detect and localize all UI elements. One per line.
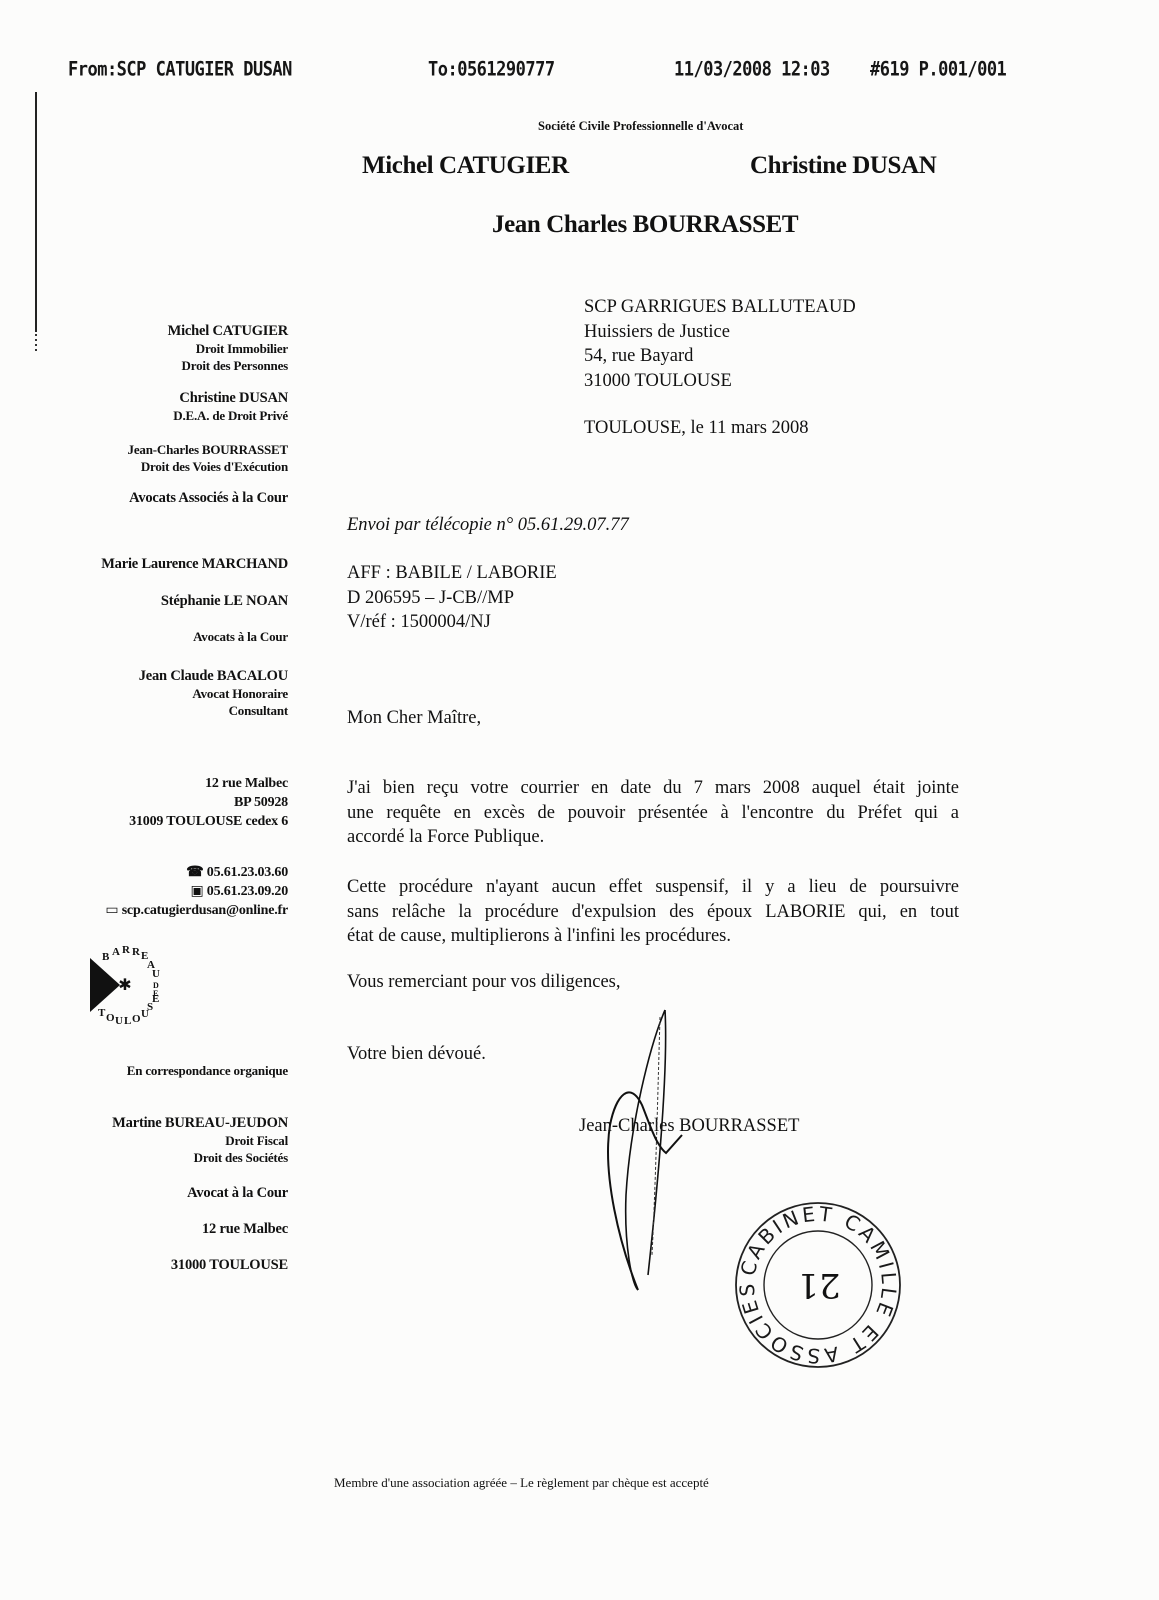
sidebar-partner-1: Michel CATUGIER Droit Immobilier Droit d… [40, 323, 288, 374]
telephone-icon: ☎ [186, 865, 203, 880]
firm-address: 12 rue Malbec BP 50928 31009 TOULOUSE ce… [40, 774, 288, 831]
partners-title: Avocats Associés à la Cour [40, 490, 288, 507]
margin-scan-dots [35, 334, 37, 354]
recipient-address: SCP GARRIGUES BALLUTEAUD Huissiers de Ju… [584, 295, 856, 393]
firm-type: Société Civile Professionnelle d'Avocat [538, 119, 743, 134]
correspondent-status: Avocat à la Cour [40, 1185, 288, 1202]
phone-line: ☎ 05.61.23.03.60 [40, 863, 288, 882]
paragraph-1: J'ai bien reçu votre courrier en date du… [347, 776, 959, 850]
letterhead-partner-2: Christine DUSAN [750, 152, 936, 180]
correspondent: Martine BUREAU-JEUDON Droit Fiscal Droit… [40, 1115, 288, 1166]
correspondent-title: En correspondance organique [40, 1062, 288, 1079]
barreau-toulouse-logo: ✱ BARREAU DE TOULOUSE [86, 948, 176, 1028]
fax-line: ▣ 05.61.23.09.20 [40, 882, 288, 901]
thanks-line: Vous remerciant pour vos diligences, [347, 970, 621, 995]
letterhead-partner-1: Michel CATUGIER [362, 152, 569, 180]
fax-transmission-note: Envoi par télécopie n° 05.61.29.07.77 [347, 513, 629, 538]
case-reference: AFF : BABILE / LABORIE D 206595 – J-CB//… [347, 561, 557, 635]
fax-icon: ▣ [190, 884, 203, 899]
stamp-handwritten-number: 21 [797, 1265, 840, 1305]
fax-page-info: #619 P.001/001 [870, 58, 1006, 81]
correspondent-address-1: 12 rue Malbec [40, 1221, 288, 1238]
letterhead-partner-3: Jean Charles BOURRASSET [492, 211, 798, 239]
fax-to: To:0561290777 [428, 58, 555, 81]
fax-datetime: 11/03/2008 12:03 [674, 58, 830, 81]
margin-scan-line [35, 92, 37, 332]
svg-text:✱: ✱ [118, 975, 131, 994]
cabinet-stamp: CABINET CAMILLE ET ASSOCIES ★ 21 [733, 1200, 903, 1370]
sidebar-partner-2: Christine DUSAN D.E.A. de Droit Privé [40, 390, 288, 424]
firm-contacts: ☎ 05.61.23.03.60 ▣ 05.61.23.09.20 ▭ scp.… [40, 863, 288, 920]
fax-from: From:SCP CATUGIER DUSAN [68, 58, 292, 81]
correspondent-address-2: 31000 TOULOUSE [40, 1257, 288, 1274]
signature [590, 1005, 700, 1295]
honorary-lawyer: Jean Claude BACALOU Avocat Honoraire Con… [40, 668, 288, 719]
computer-icon: ▭ [105, 903, 118, 918]
place-date: TOULOUSE, le 11 mars 2008 [584, 416, 809, 441]
associate-1: Marie Laurence MARCHAND [40, 556, 288, 573]
associates-title: Avocats à la Cour [40, 628, 288, 645]
salutation: Mon Cher Maître, [347, 706, 481, 731]
sidebar-partner-3: Jean-Charles BOURRASSET Droit des Voies … [40, 441, 288, 475]
associate-2: Stéphanie LE NOAN [40, 593, 288, 610]
closing-line: Votre bien dévoué. [347, 1042, 486, 1067]
email-line[interactable]: ▭ scp.catugierdusan@online.fr [40, 901, 288, 920]
footer-note: Membre d'une association agréée – Le règ… [334, 1475, 709, 1491]
paragraph-2: Cette procédure n'ayant aucun effet susp… [347, 875, 959, 949]
